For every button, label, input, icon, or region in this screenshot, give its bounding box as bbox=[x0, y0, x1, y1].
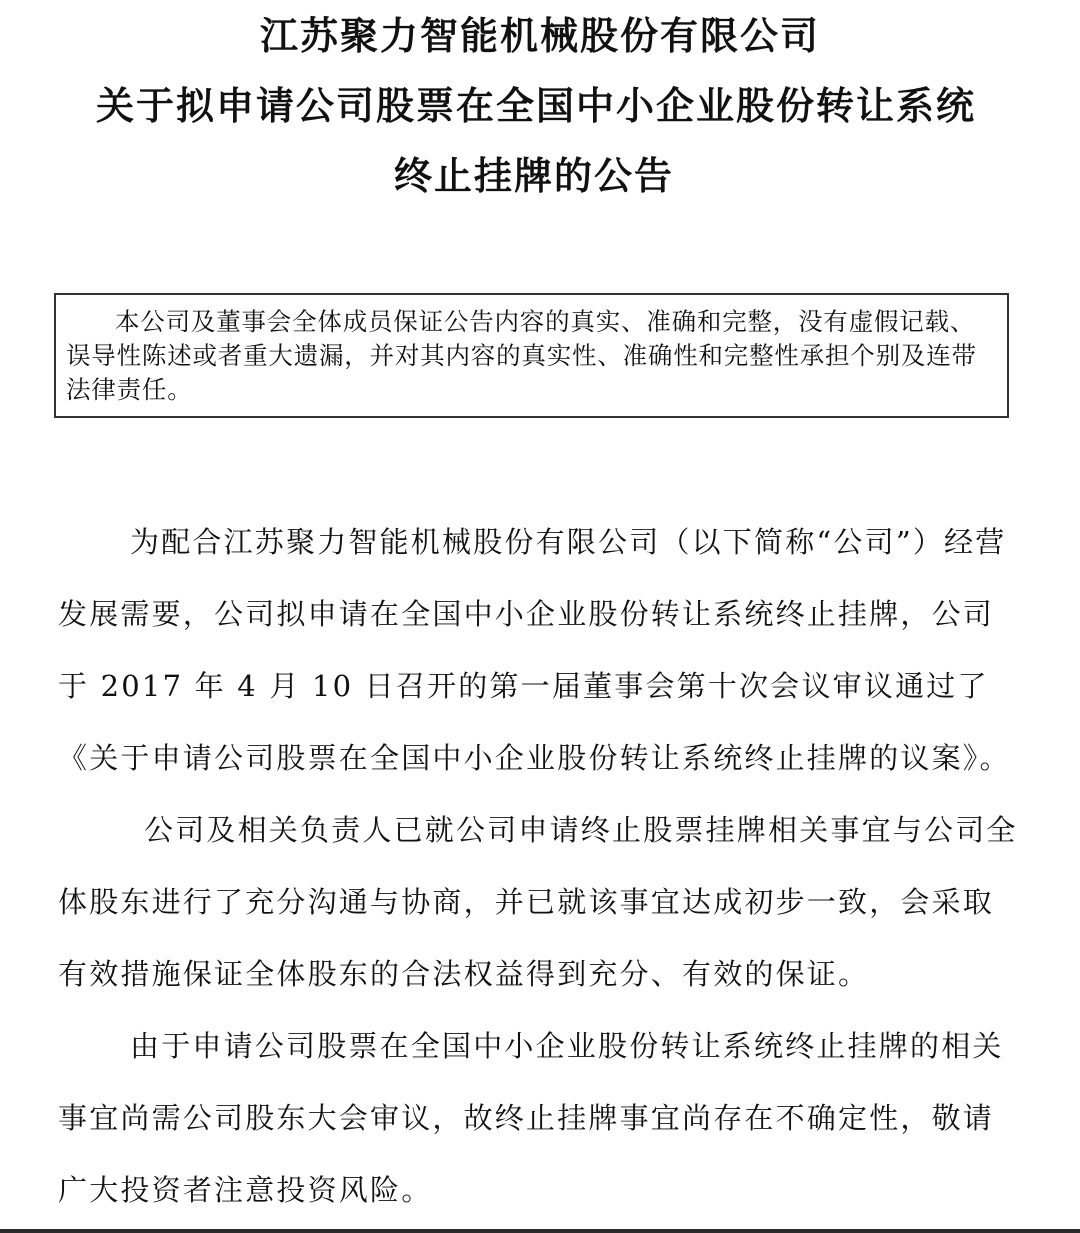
disclaimer-box: 本公司及董事会全体成员保证公告内容的真实、准确和完整，没有虚假记载、误导性陈述或… bbox=[54, 293, 1009, 418]
body-paragraph-risk-warning: 由于申请公司股票在全国中小企业股份转让系统终止挂牌的相关事宜尚需公司股东大会审议… bbox=[58, 1010, 1018, 1226]
body-paragraph-communication: 公司及相关负责人已就公司申请终止股票挂牌相关事宜与公司全体股东进行了充分沟通与协… bbox=[58, 794, 1018, 1010]
body-paragraph-background: 为配合江苏聚力智能机械股份有限公司（以下简称“公司”）经营发展需要，公司拟申请在… bbox=[58, 506, 1018, 794]
title-subject-line: 关于拟申请公司股票在全国中小企业股份转让系统 bbox=[0, 84, 1076, 128]
bottom-edge-bar bbox=[0, 1229, 1080, 1233]
title-announcement-line: 终止挂牌的公告 bbox=[0, 154, 1074, 198]
title-company-name: 江苏聚力智能机械股份有限公司 bbox=[0, 14, 1080, 58]
disclaimer-text: 本公司及董事会全体成员保证公告内容的真实、准确和完整，没有虚假记载、误导性陈述或… bbox=[66, 305, 996, 407]
